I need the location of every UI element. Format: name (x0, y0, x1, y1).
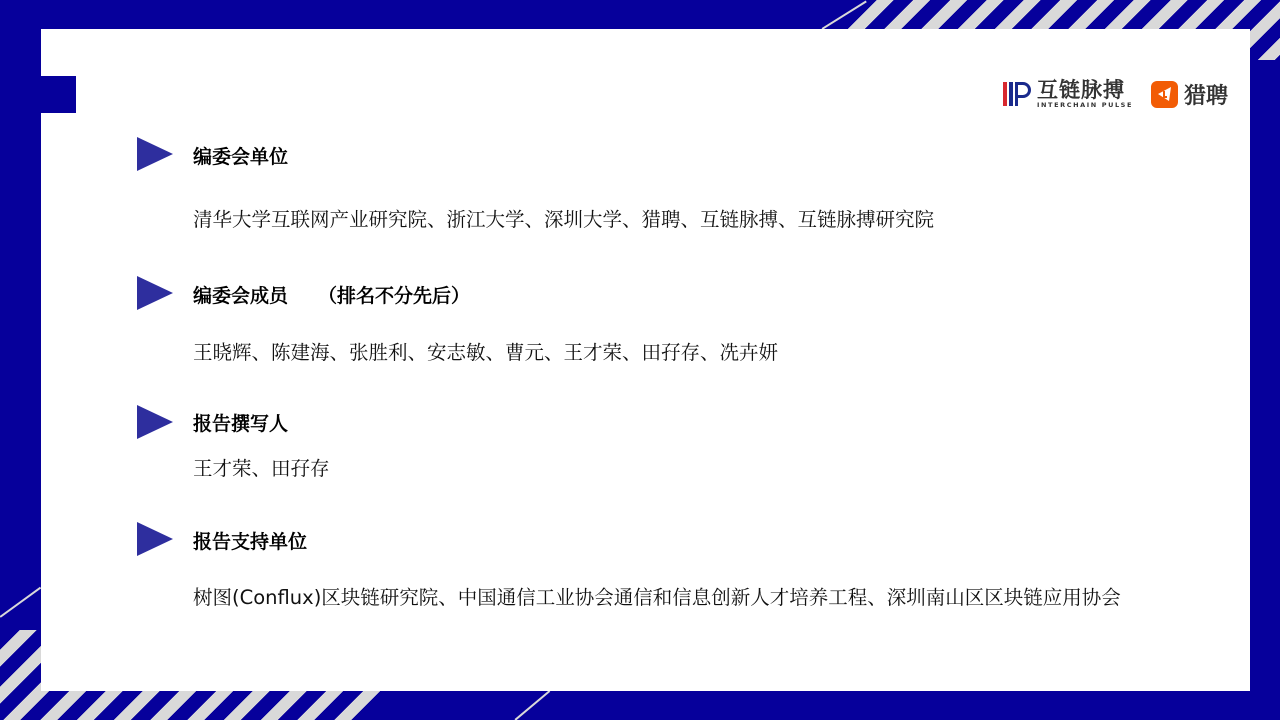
interchain-pulse-en: INTERCHAIN PULSE (1037, 101, 1133, 109)
liepin-logo: 猎聘 (1151, 79, 1228, 110)
section-body: 王才荣、田孖存 (193, 453, 330, 481)
section-heading-title: 编委会成员 (193, 285, 288, 307)
logo-bar: 互链脉搏 INTERCHAIN PULSE 猎聘 (1001, 78, 1228, 110)
interchain-pulse-logo: 互链脉搏 INTERCHAIN PULSE (1001, 78, 1133, 110)
ip-logo-icon (1001, 78, 1033, 110)
decorative-line (0, 587, 41, 618)
section-body: 王晓辉、陈建海、张胜利、安志敏、曹元、王才荣、田孖存、冼卉妍 (193, 337, 778, 365)
liepin-text: 猎聘 (1184, 79, 1228, 110)
interchain-pulse-cn: 互链脉搏 (1037, 79, 1133, 101)
section-body: 树图(Conflux)区块链研究院、中国通信工业协会通信和信息创新人才培养工程、… (193, 582, 1121, 610)
section-heading-note: （排名不分先后） (318, 285, 470, 307)
decorative-tab-block (41, 76, 76, 113)
section-heading: 编委会成员（排名不分先后） (193, 281, 470, 308)
triangle-bullet-icon (137, 137, 173, 171)
section-body: 清华大学互联网产业研究院、浙江大学、深圳大学、猎聘、互链脉搏、互链脉搏研究院 (193, 204, 934, 232)
section-heading: 报告撰写人 (193, 409, 288, 436)
triangle-bullet-icon (137, 522, 173, 556)
liepin-logo-icon (1151, 81, 1178, 108)
decorative-line (515, 690, 550, 720)
section-heading: 编委会单位 (193, 142, 288, 169)
triangle-bullet-icon (137, 276, 173, 310)
section-heading: 报告支持单位 (193, 527, 307, 554)
triangle-bullet-icon (137, 405, 173, 439)
